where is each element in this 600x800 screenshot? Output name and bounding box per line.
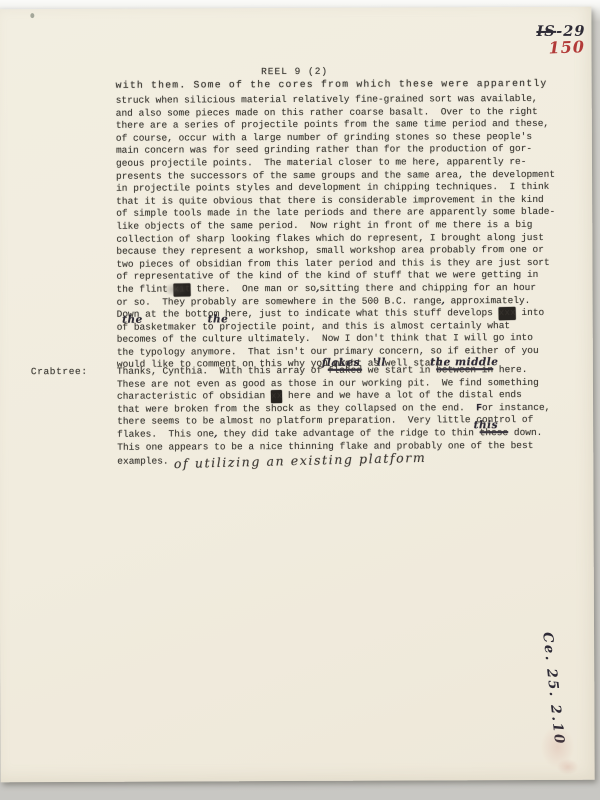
typed-text: that it is quite obvious that there is c… [116,194,544,207]
typed-text: in projectile points styles and developm… [116,181,549,194]
handwritten-cursive-text: of utilizing an existing platform [169,452,427,471]
typed-text: characteristic of obsidian [117,390,271,402]
typed-text: there are a series of projectile points … [116,118,549,131]
handwritten-insert: this [474,420,498,430]
typed-text: Down at the bottom here, just to indicat… [117,307,499,320]
intro-line: with them. Some of the cores from which … [116,78,548,91]
annotated-text: the middlebetween in [436,364,493,375]
typed-text: approximately. [445,294,531,305]
red-page-number: 150 [548,37,585,57]
typed-text: collection of sharp looking flakes which… [116,231,544,244]
transcript-paragraph-1: struck when silicious material relativel… [116,93,556,372]
annotated-text: flakesflaked [328,365,362,376]
annotated-text: thisthese [480,427,509,438]
typed-text: like objects of the same period. Now rig… [116,219,532,232]
typed-text: start in [385,364,436,375]
transcript-paragraph-2: Thanks, Cynthia. With this array of flak… [117,364,551,467]
typed-text: presents the successors of the same grou… [116,168,555,181]
typed-text: into [516,307,545,318]
typed-text: down. [508,427,542,438]
typed-text: basketmaker to [134,321,214,332]
annotated-text: the [128,321,134,332]
ink-blot-redaction: xxx [498,307,515,320]
handwritten-insert: flakes [322,358,360,368]
typed-text: projectile point, and this is almost cer… [219,320,510,332]
typed-text: there. One man or so [191,283,316,295]
typed-text: main concern was for seed grinding rathe… [116,143,532,156]
corner-catalog-note: Ce. 25. 2.10 [535,608,570,769]
typed-text: or so. They probably are somewhere in th… [117,295,442,307]
typed-text: Thanks, Cynthia. With this array of [117,365,328,377]
typed-text: of course, occur with a large number of … [116,131,532,144]
scanned-page: IS-29 150 REEL 9 (2) with them. Some of … [0,7,595,783]
typed-text: This one appears to be a nice thinning f… [117,440,533,453]
speaker-label: Crabtree: [31,366,88,377]
handwritten-insert: the [122,314,143,324]
annotated-text: the [214,321,220,332]
typed-text: flakes. This one [117,428,214,439]
typed-text: there seems to be almost no platform pre… [117,414,533,427]
typed-text: struck when silicious material relativel… [116,93,538,106]
ink-speck [30,13,34,18]
typed-text: that were broken from the shock as they … [117,402,476,415]
page-header: REEL 9 (2) [0,65,592,79]
handwritten-insert: 'll [373,358,386,368]
ink-blot-redaction: xx [271,390,283,403]
annotated-text: 'll [379,365,385,376]
typed-text: or instance, [482,402,550,413]
transcript-line: examples. of utilizing an existing platf… [117,452,550,466]
typed-text: because they represent a workshop, small… [116,244,544,257]
handwritten-insert: the [208,314,229,324]
typed-text: becomes of the culture ultimately. Now I… [117,332,533,345]
typed-text: of simple tools made in the late periods… [116,206,555,219]
typed-text: they did take advantage of the ridge to … [217,427,479,439]
handwritten-insert: the middle [430,357,498,367]
typed-text: the flint [117,283,174,294]
typed-text: These are not even as good as those in o… [117,377,539,390]
typed-text: and also some pieces made on this rather… [116,106,538,119]
typed-text: of representative of the kind of the kin… [116,269,538,282]
typed-text: sitting there and chipping for an hour [319,282,536,294]
ink-blot-redaction: kit [173,283,190,296]
typed-text: examples. [117,456,168,467]
typed-text: here and we have a lot of the distal end… [282,389,521,401]
typed-text: two pieces of obsidian from this later p… [116,257,549,270]
typed-text: geous projectile points. The material cl… [116,156,527,169]
